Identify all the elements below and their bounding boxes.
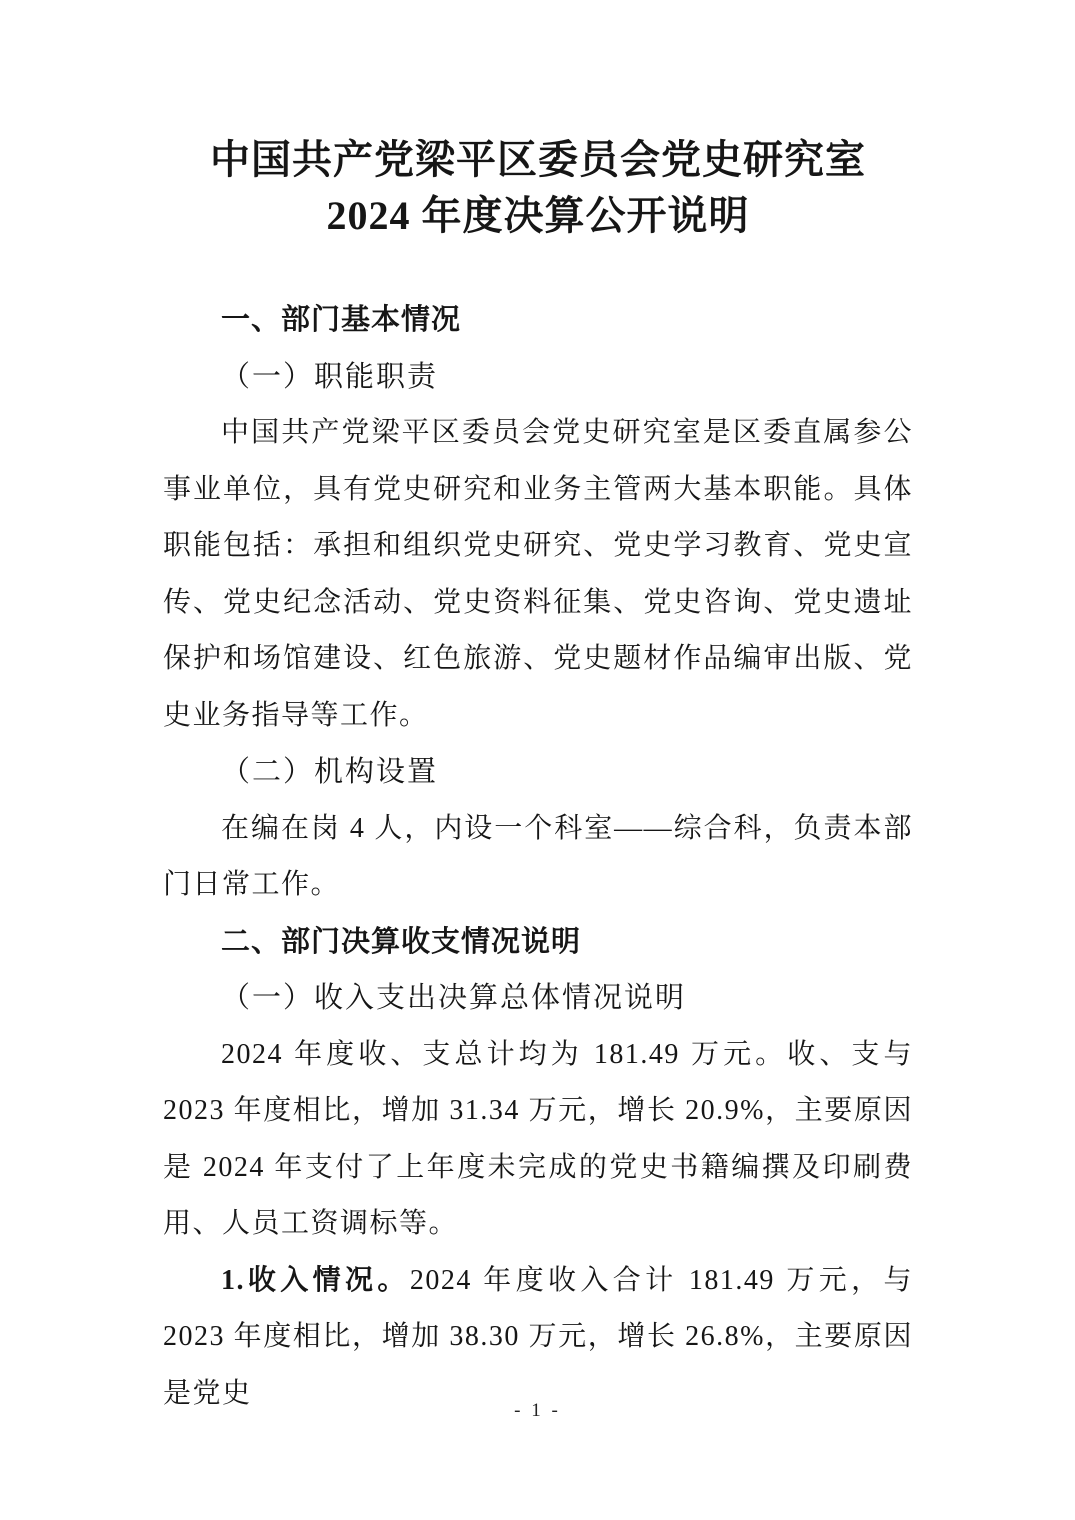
paragraph: 中国共产党梁平区委员会党史研究室是区委直属参公事业单位，具有党史研究和业务主管两… (163, 405, 913, 744)
paragraph: 2024 年度收、支总计均为 181.49 万元。收、支与 2023 年度相比，… (163, 1027, 913, 1253)
section-heading: （一）收入支出决算总体情况说明 (163, 970, 913, 1027)
section-heading: （二）机构设置 (163, 744, 913, 801)
paragraph: 1.收入情况。2024 年度收入合计 181.49 万元，与 2023 年度相比… (163, 1253, 913, 1423)
paragraph: 在编在岗 4 人，内设一个科室——综合科，负责本部门日常工作。 (163, 801, 913, 914)
document-title: 中国共产党梁平区委员会党史研究室 2024 年度决算公开说明 (163, 132, 913, 244)
section-heading: 一、部门基本情况 (163, 292, 913, 349)
document-content: 中国共产党梁平区委员会党史研究室 2024 年度决算公开说明 一、部门基本情况（… (163, 132, 913, 1422)
document-title-line-2: 2024 年度决算公开说明 (163, 188, 913, 244)
page-number: - 1 - (0, 1400, 1075, 1422)
section-heading: 二、部门决算收支情况说明 (163, 914, 913, 971)
section-heading: （一）职能职责 (163, 349, 913, 406)
document-page: 中国共产党梁平区委员会党史研究室 2024 年度决算公开说明 一、部门基本情况（… (0, 0, 1075, 1520)
paragraph-bold-lead: 1.收入情况。 (221, 1265, 410, 1296)
document-title-line-1: 中国共产党梁平区委员会党史研究室 (163, 132, 913, 188)
document-body: 一、部门基本情况（一）职能职责中国共产党梁平区委员会党史研究室是区委直属参公事业… (163, 292, 913, 1422)
